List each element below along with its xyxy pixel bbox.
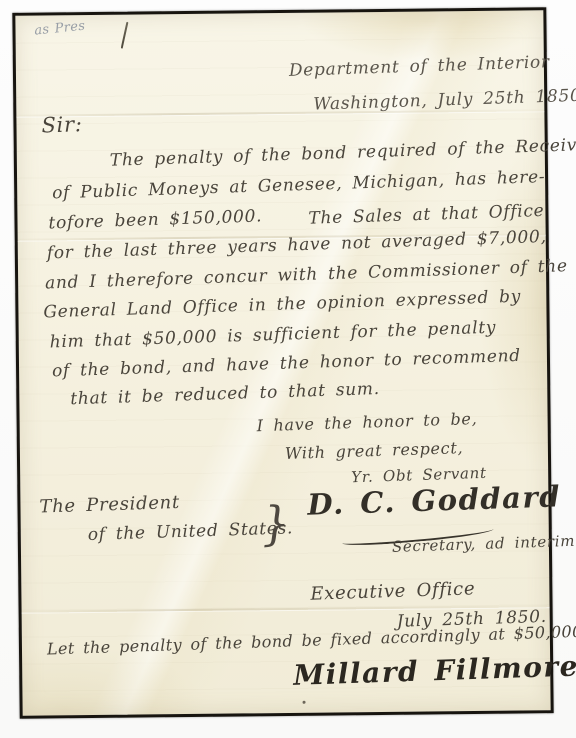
ink-speck <box>303 701 306 704</box>
secretary-signature: D. C. Goddard <box>307 481 562 521</box>
closing-line: I have the honor to be, <box>256 410 477 435</box>
pencil-annotation: as Pres <box>34 20 86 39</box>
closing-line: With great respect, <box>285 439 464 462</box>
letterhead-department: Department of the Interior <box>289 53 550 80</box>
endorsement-office: Executive Office <box>310 579 475 604</box>
body-line: The Sales at that Office <box>308 202 545 229</box>
body-line: The penalty of the bond required of the … <box>110 136 576 171</box>
body-line: for the last three years have not averag… <box>47 228 547 263</box>
body-line: him that $50,000 is sufficient for the p… <box>49 319 496 352</box>
body-line: of the bond, and have the honor to recom… <box>52 347 521 381</box>
check-mark <box>121 22 129 49</box>
addressee-brace: } <box>261 499 291 551</box>
president-signature: Millard Fillmore <box>293 651 576 691</box>
letterhead-place-date: Washington, July 25th 1850. <box>313 87 576 115</box>
addressee-line: The President <box>39 493 180 517</box>
document-page: as Pres Department of the Interior Washi… <box>12 7 553 719</box>
body-line: that it be reduced to that sum. <box>70 380 380 409</box>
scan-background: as Pres Department of the Interior Washi… <box>0 0 576 738</box>
body-line: General Land Office in the opinion expre… <box>43 288 521 323</box>
body-line: of Public Moneys at Genesee, Michigan, h… <box>52 168 546 203</box>
salutation: Sir: <box>41 113 83 137</box>
body-line: tofore been $150,000. <box>48 207 262 233</box>
secretary-title: Secretary, ad interim. <box>392 533 576 556</box>
fold-crease <box>16 109 544 117</box>
